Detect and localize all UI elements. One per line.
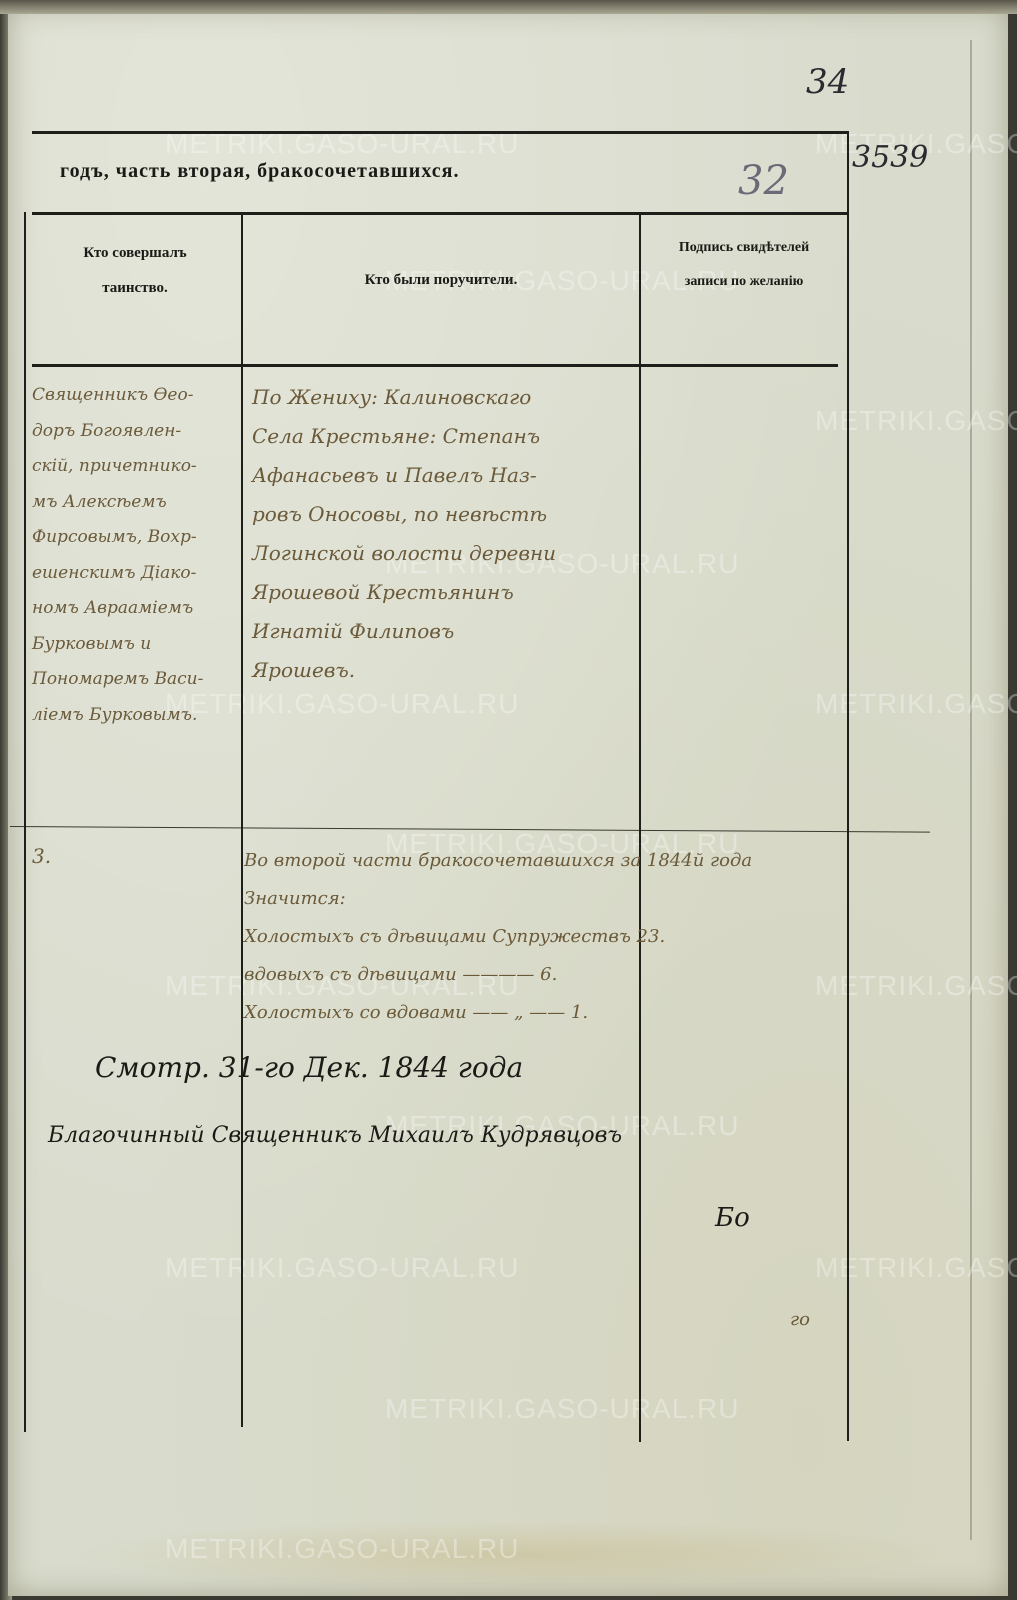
handwritten-line: скій, причетнико-: [32, 449, 203, 485]
handwritten-line: доръ Богоявлен-: [32, 414, 203, 450]
record-annotation: 32: [738, 158, 789, 204]
page-top-edge: [0, 0, 1017, 14]
column-rule-2: [639, 212, 641, 1442]
handwritten-line: Села Крестьяне: Степанъ: [252, 417, 556, 456]
column-rule-1: [241, 212, 243, 1427]
handwritten-line: мъ Алексѣемъ: [32, 485, 203, 521]
handwritten-line: вдовыхъ съ дѣвицами ———— 6.: [244, 956, 752, 994]
row-number: 3.: [32, 838, 51, 874]
small-note: го: [790, 1302, 810, 1338]
handwritten-line: ешенскимъ Діако-: [32, 556, 203, 592]
handwritten-line: номъ Аврааміемъ: [32, 591, 203, 627]
column-header-sponsors: Кто были поручители.: [245, 272, 637, 289]
handwritten-line: По Жениху: Калиновскаго: [252, 378, 556, 417]
officiant-cell: Священникъ Өео- доръ Богоявлен- скій, пр…: [32, 378, 203, 733]
handwritten-line: Священникъ Өео-: [32, 378, 203, 414]
handwritten-line: Значится:: [244, 880, 752, 918]
handwritten-line: Фирсовымъ, Вохр-: [32, 520, 203, 556]
initials: Бо: [715, 1200, 750, 1236]
handwritten-line: Бурковымъ и: [32, 627, 203, 663]
table-right-rule: [847, 131, 849, 1441]
dean-signature: Благочинный Священникъ Михаилъ Кудрявцов…: [48, 1118, 622, 1154]
page-deckle-edge: [970, 40, 972, 1540]
column-header-witnesses: Подпись свидѣтелей записи по желанію: [642, 240, 846, 290]
folio-number: 34: [806, 62, 849, 102]
watermark: METRIKI.GASO-URAL.RU: [815, 405, 1017, 437]
column-header-line: таинство.: [30, 280, 240, 297]
watermark: METRIKI.GASO-URAL.RU: [815, 688, 1017, 720]
column-header-line: Кто были поручители.: [245, 272, 637, 289]
watermark: METRIKI.GASO-URAL.RU: [815, 1252, 1017, 1284]
summary-cell: Во второй части бракосочетавшихся за 184…: [244, 842, 752, 1032]
header-top-rule: [32, 212, 848, 215]
column-header-line: Подпись свидѣтелей: [642, 240, 846, 256]
handwritten-line: ровъ Оносовы, по невѣстѣ: [252, 495, 556, 534]
handwritten-line: Логинской волости деревни: [252, 534, 556, 573]
page-header-title: годъ, часть вторая, бракосочетавшихся.: [60, 160, 700, 183]
watermark: METRIKI.GASO-URAL.RU: [165, 688, 519, 720]
watermark: METRIKI.GASO-URAL.RU: [815, 970, 1017, 1002]
watermark: METRIKI.GASO-URAL.RU: [165, 1252, 519, 1284]
watermark: METRIKI.GASO-URAL.RU: [165, 1533, 519, 1565]
handwritten-line: Ярошевой Крестьянинъ: [252, 573, 556, 612]
handwritten-line: Игнатій Филиповъ: [252, 612, 556, 651]
handwritten-line: Афанасьевъ и Павелъ Наз-: [252, 456, 556, 495]
handwritten-line: Холостыхъ со вдовами —— „ —— 1.: [244, 994, 752, 1032]
handwritten-line: ліемъ Бурковымъ.: [32, 698, 203, 734]
column-header-line: Кто совершалъ: [30, 245, 240, 262]
watermark: METRIKI.GASO-URAL.RU: [385, 1393, 739, 1425]
header-bottom-rule: [32, 364, 838, 367]
sponsors-cell: По Жениху: Калиновскаго Села Крестьяне: …: [252, 378, 556, 690]
archive-number: 3539: [852, 140, 928, 175]
column-header-line: записи по желанію: [642, 274, 846, 290]
inspection-date-line: Смотр. 31-го Дек. 1844 года: [95, 1050, 523, 1086]
handwritten-line: Ярошевъ.: [252, 651, 556, 690]
column-rule-left: [24, 212, 26, 1432]
handwritten-line: Во второй части бракосочетавшихся за 184…: [244, 842, 752, 880]
column-header-officiant: Кто совершалъ таинство.: [30, 245, 240, 297]
handwritten-line: Пономаремъ Васи-: [32, 662, 203, 698]
handwritten-line: Холостыхъ съ дѣвицами Супружествъ 23.: [244, 918, 752, 956]
table-top-rule: [32, 131, 848, 134]
